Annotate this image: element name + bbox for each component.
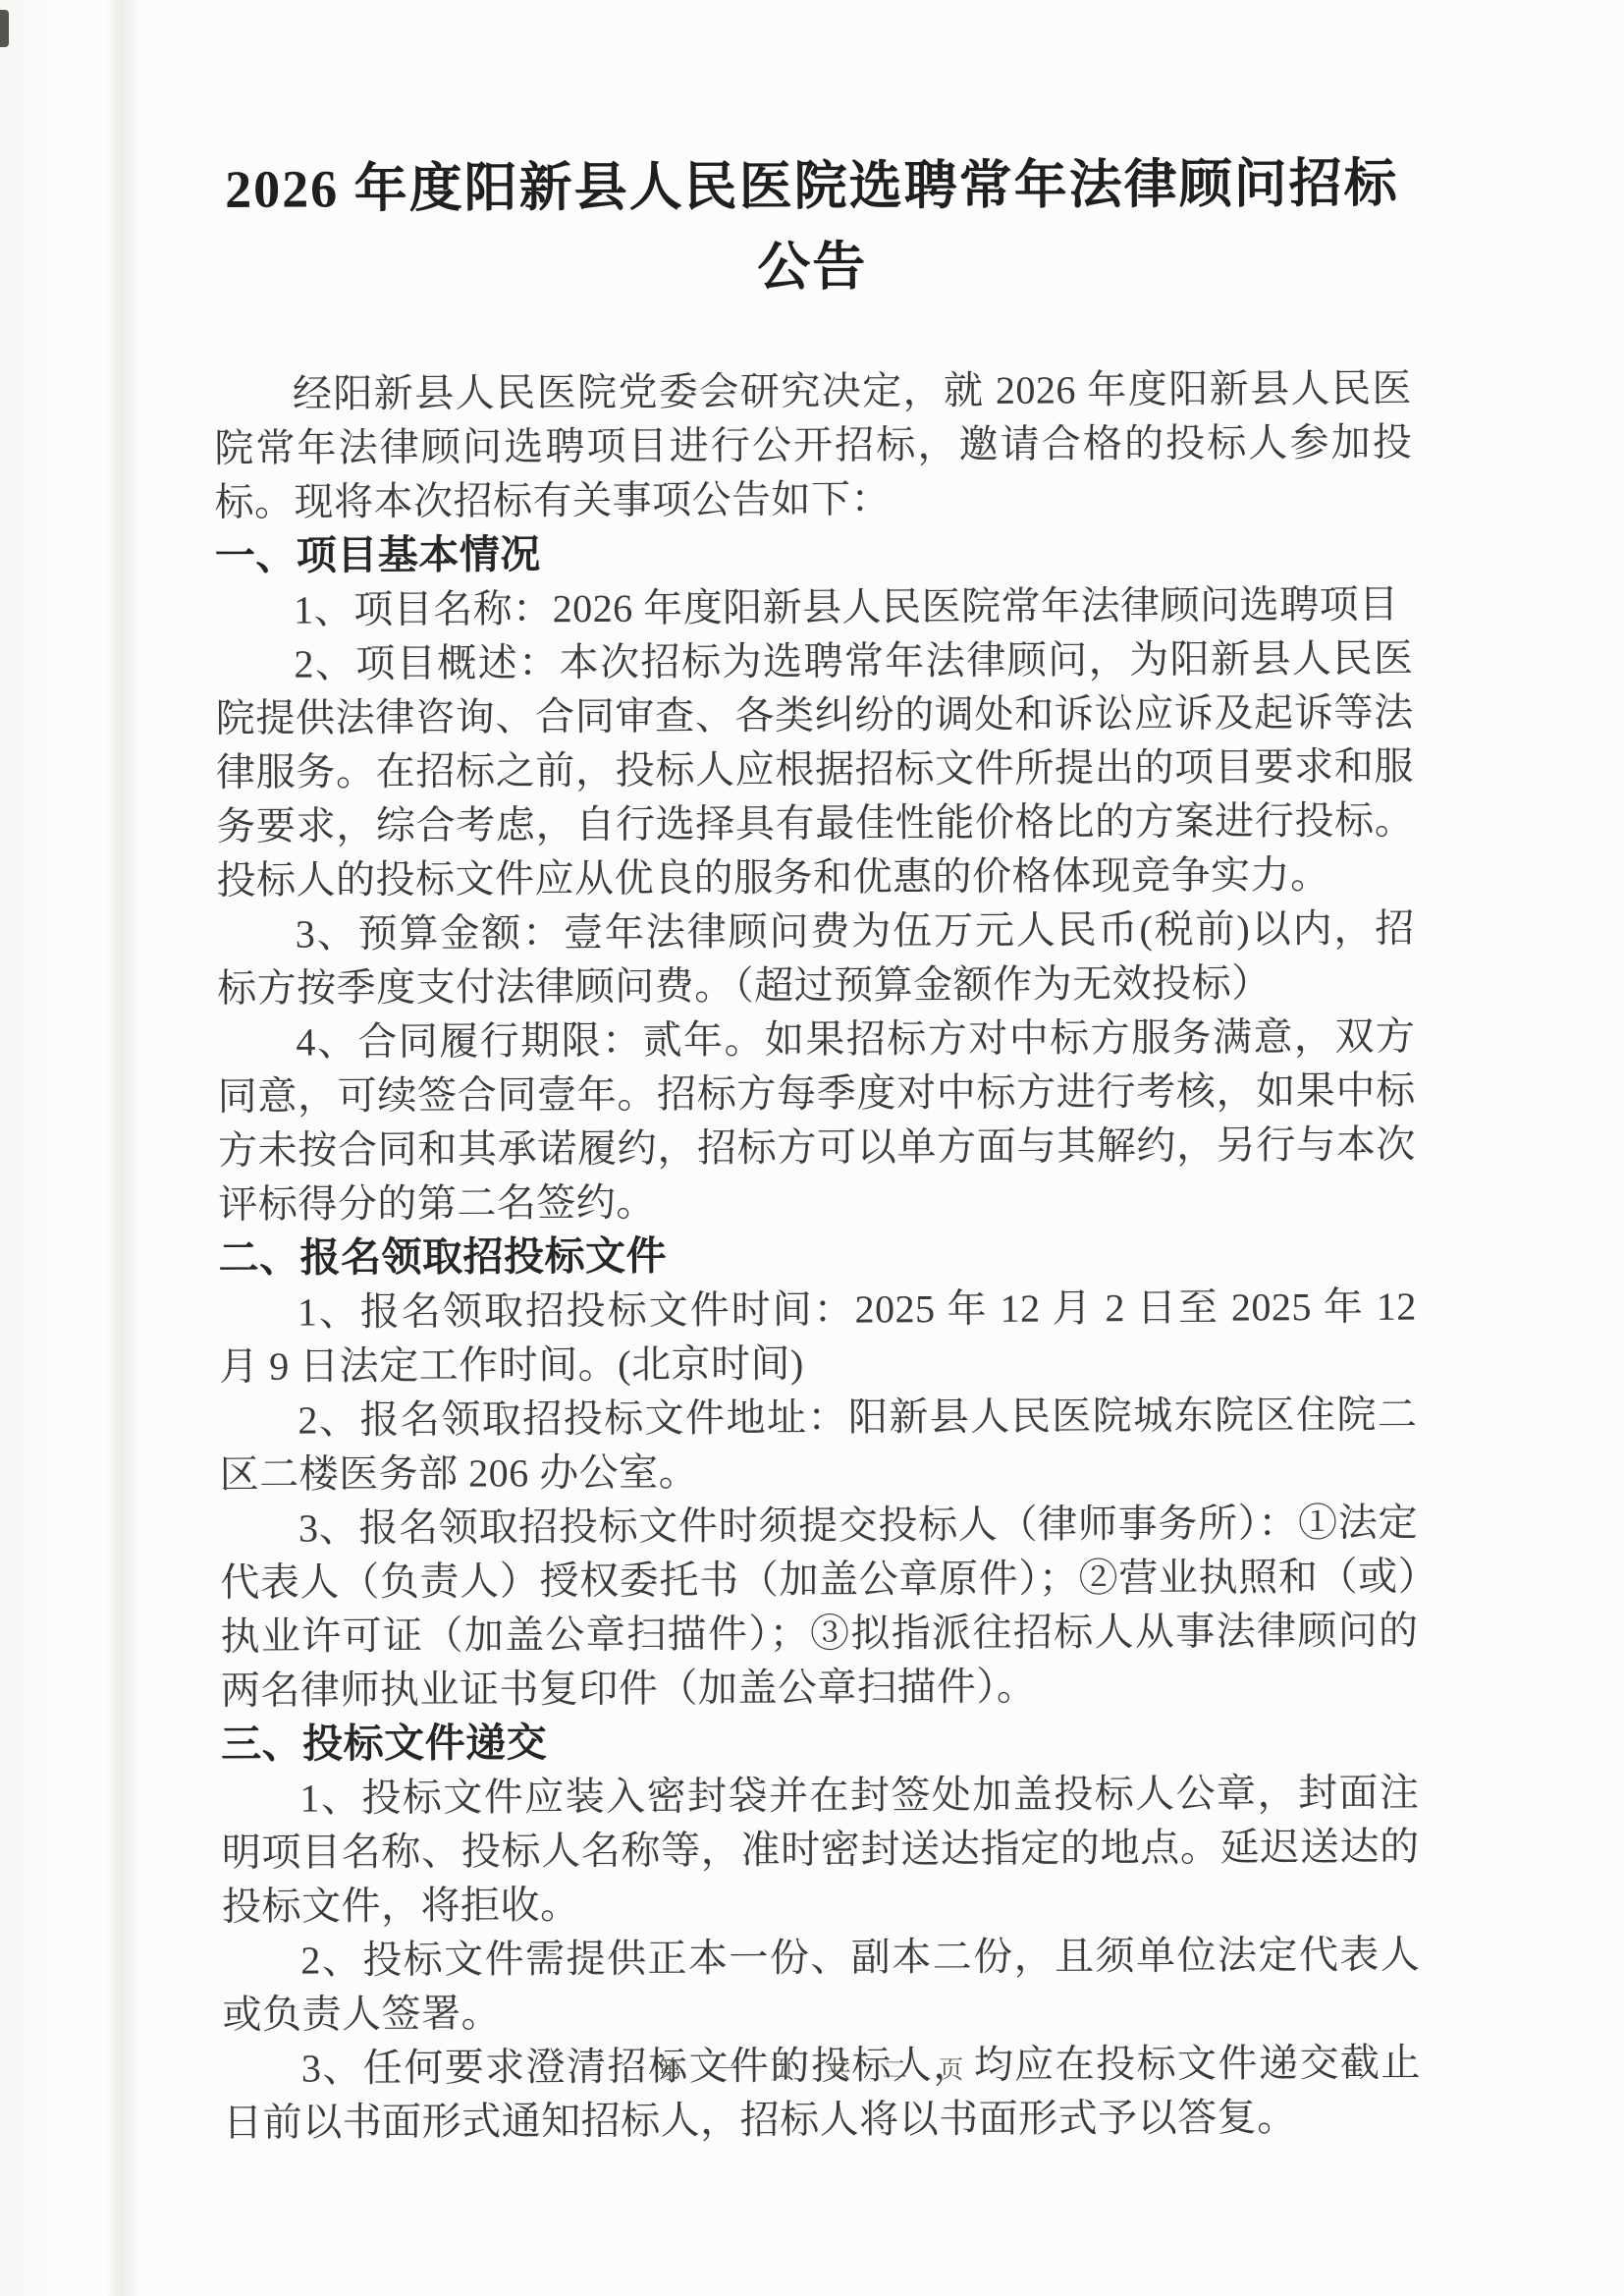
paragraph-collection-time: 1、报名领取招投标文件时间：2025 年 12 月 2 日至 2025 年 12… <box>219 1280 1418 1394</box>
document-content: 2026 年度阳新县人民医院选聘常年法律顾问招标公告 经阳新县人民医院党委会研究… <box>213 143 1422 2150</box>
paragraph-project-overview: 2、项目概述：本次招标为选聘常年法律顾问，为阳新县人民医院提供法律咨询、合同审查… <box>215 631 1414 907</box>
paragraph-copies-required: 2、投标文件需提供正本一份、副本二份，且须单位法定代表人或负责人签署。 <box>222 1928 1421 2042</box>
section-heading-project-basics: 一、项目基本情况 <box>215 523 1413 583</box>
scanned-document-page: 2026 年度阳新县人民医院选聘常年法律顾问招标公告 经阳新县人民医院党委会研究… <box>0 0 1624 2296</box>
paragraph-project-name: 1、项目名称：2026 年度阳新县人民医院常年法律顾问选聘项目 <box>215 577 1413 637</box>
paragraph-contract-term: 4、合同履行期限：贰年。如果招标方对中标方服务满意，双方同意，可续签合同壹年。招… <box>217 1010 1416 1231</box>
intro-paragraph: 经阳新县人民医院党委会研究决定，就 2026 年度阳新县人民医院常年法律顾问选聘… <box>214 361 1413 529</box>
section-heading-document-collection: 二、报名领取招投标文件 <box>218 1226 1416 1285</box>
paragraph-sealed-envelope: 1、投标文件应装入密封袋并在封签处加盖投标人公章，封面注明项目名称、投标人名称等… <box>221 1766 1420 1934</box>
scan-artifact-streak <box>106 0 139 2296</box>
paragraph-collection-address: 2、报名领取招投标文件地址：阳新县人民医院城东院区住院二区二楼医务部 206 办… <box>219 1388 1418 1502</box>
scan-artifact-corner-speck <box>0 10 9 47</box>
section-heading-bid-submission: 三、投标文件递交 <box>221 1712 1419 1772</box>
section-document-collection: 二、报名领取招投标文件 1、报名领取招投标文件时间：2025 年 12 月 2 … <box>218 1226 1419 1718</box>
section-project-basics: 一、项目基本情况 1、项目名称：2026 年度阳新县人民医院常年法律顾问选聘项目… <box>215 523 1417 1231</box>
paragraph-collection-requirements: 3、报名领取招投标文件时须提交投标人（律师事务所）：①法定代表人（负责人）授权委… <box>220 1496 1419 1718</box>
paragraph-budget-amount: 3、预算金额：壹年法律顾问费为伍万元人民币(税前)以内，招标方按季度支付法律顾问… <box>217 902 1416 1015</box>
page-number-footer: 第 一 页 共 二 页 <box>218 2050 1416 2086</box>
page-title: 2026 年度阳新县人民医院选聘常年法律顾问招标公告 <box>213 143 1412 310</box>
